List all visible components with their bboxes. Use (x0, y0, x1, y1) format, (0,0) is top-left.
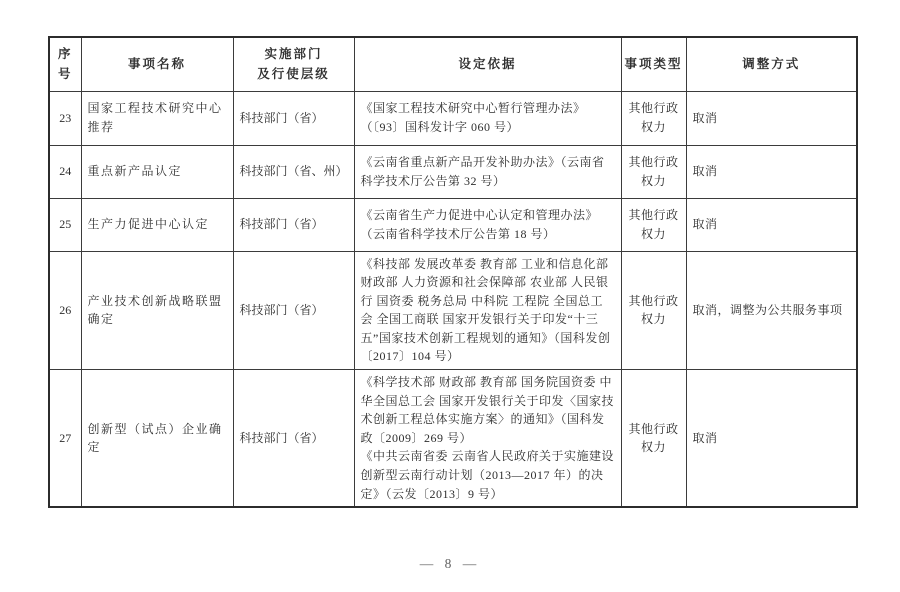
table-row: 23 国家工程技术研究中心推荐 科技部门（省） 《国家工程技术研究中心暂行管理办… (49, 91, 857, 145)
col-header-no: 序 号 (49, 37, 81, 91)
cell-name: 重点新产品认定 (81, 145, 233, 198)
items-table: 序 号 事项名称 实施部门 及行使层级 设定依据 事项类型 调整方式 23 国家… (48, 36, 858, 508)
cell-name: 国家工程技术研究中心推荐 (81, 91, 233, 145)
cell-adjust: 取消 (686, 370, 857, 508)
cell-type: 其他行政权力 (621, 145, 686, 198)
cell-name: 产业技术创新战略联盟确定 (81, 251, 233, 370)
table-row: 25 生产力促进中心认定 科技部门（省） 《云南省生产力促进中心认定和管理办法》… (49, 198, 857, 251)
cell-type: 其他行政权力 (621, 91, 686, 145)
table-row: 27 创新型（试点）企业确定 科技部门（省） 《科学技术部 财政部 教育部 国务… (49, 370, 857, 508)
cell-no: 23 (49, 91, 81, 145)
cell-adjust: 取消，调整为公共服务事项 (686, 251, 857, 370)
cell-no: 24 (49, 145, 81, 198)
cell-adjust: 取消 (686, 145, 857, 198)
col-header-dept: 实施部门 及行使层级 (233, 37, 354, 91)
cell-name: 生产力促进中心认定 (81, 198, 233, 251)
col-header-type: 事项类型 (621, 37, 686, 91)
col-header-basis: 设定依据 (354, 37, 621, 91)
page-number: — 8 — (0, 556, 900, 572)
cell-basis: 《国家工程技术研究中心暂行管理办法》（〔93〕国科发计字 060 号） (354, 91, 621, 145)
cell-dept: 科技部门（省） (233, 198, 354, 251)
table-header-row: 序 号 事项名称 实施部门 及行使层级 设定依据 事项类型 调整方式 (49, 37, 857, 91)
cell-no: 27 (49, 370, 81, 508)
cell-dept: 科技部门（省） (233, 370, 354, 508)
table-row: 26 产业技术创新战略联盟确定 科技部门（省） 《科技部 发展改革委 教育部 工… (49, 251, 857, 370)
col-header-name: 事项名称 (81, 37, 233, 91)
cell-basis: 《科技部 发展改革委 教育部 工业和信息化部 财政部 人力资源和社会保障部 农业… (354, 251, 621, 370)
cell-type: 其他行政权力 (621, 251, 686, 370)
cell-no: 25 (49, 198, 81, 251)
cell-basis: 《科学技术部 财政部 教育部 国务院国资委 中华全国总工会 国家开发银行关于印发… (354, 370, 621, 508)
cell-adjust: 取消 (686, 198, 857, 251)
cell-basis: 《云南省重点新产品开发补助办法》（云南省科学技术厅公告第 32 号） (354, 145, 621, 198)
cell-adjust: 取消 (686, 91, 857, 145)
cell-basis: 《云南省生产力促进中心认定和管理办法》（云南省科学技术厅公告第 18 号） (354, 198, 621, 251)
cell-dept: 科技部门（省、州） (233, 145, 354, 198)
cell-dept: 科技部门（省） (233, 251, 354, 370)
cell-type: 其他行政权力 (621, 370, 686, 508)
col-header-adjust: 调整方式 (686, 37, 857, 91)
cell-name: 创新型（试点）企业确定 (81, 370, 233, 508)
cell-no: 26 (49, 251, 81, 370)
cell-type: 其他行政权力 (621, 198, 686, 251)
table-row: 24 重点新产品认定 科技部门（省、州） 《云南省重点新产品开发补助办法》（云南… (49, 145, 857, 198)
cell-dept: 科技部门（省） (233, 91, 354, 145)
